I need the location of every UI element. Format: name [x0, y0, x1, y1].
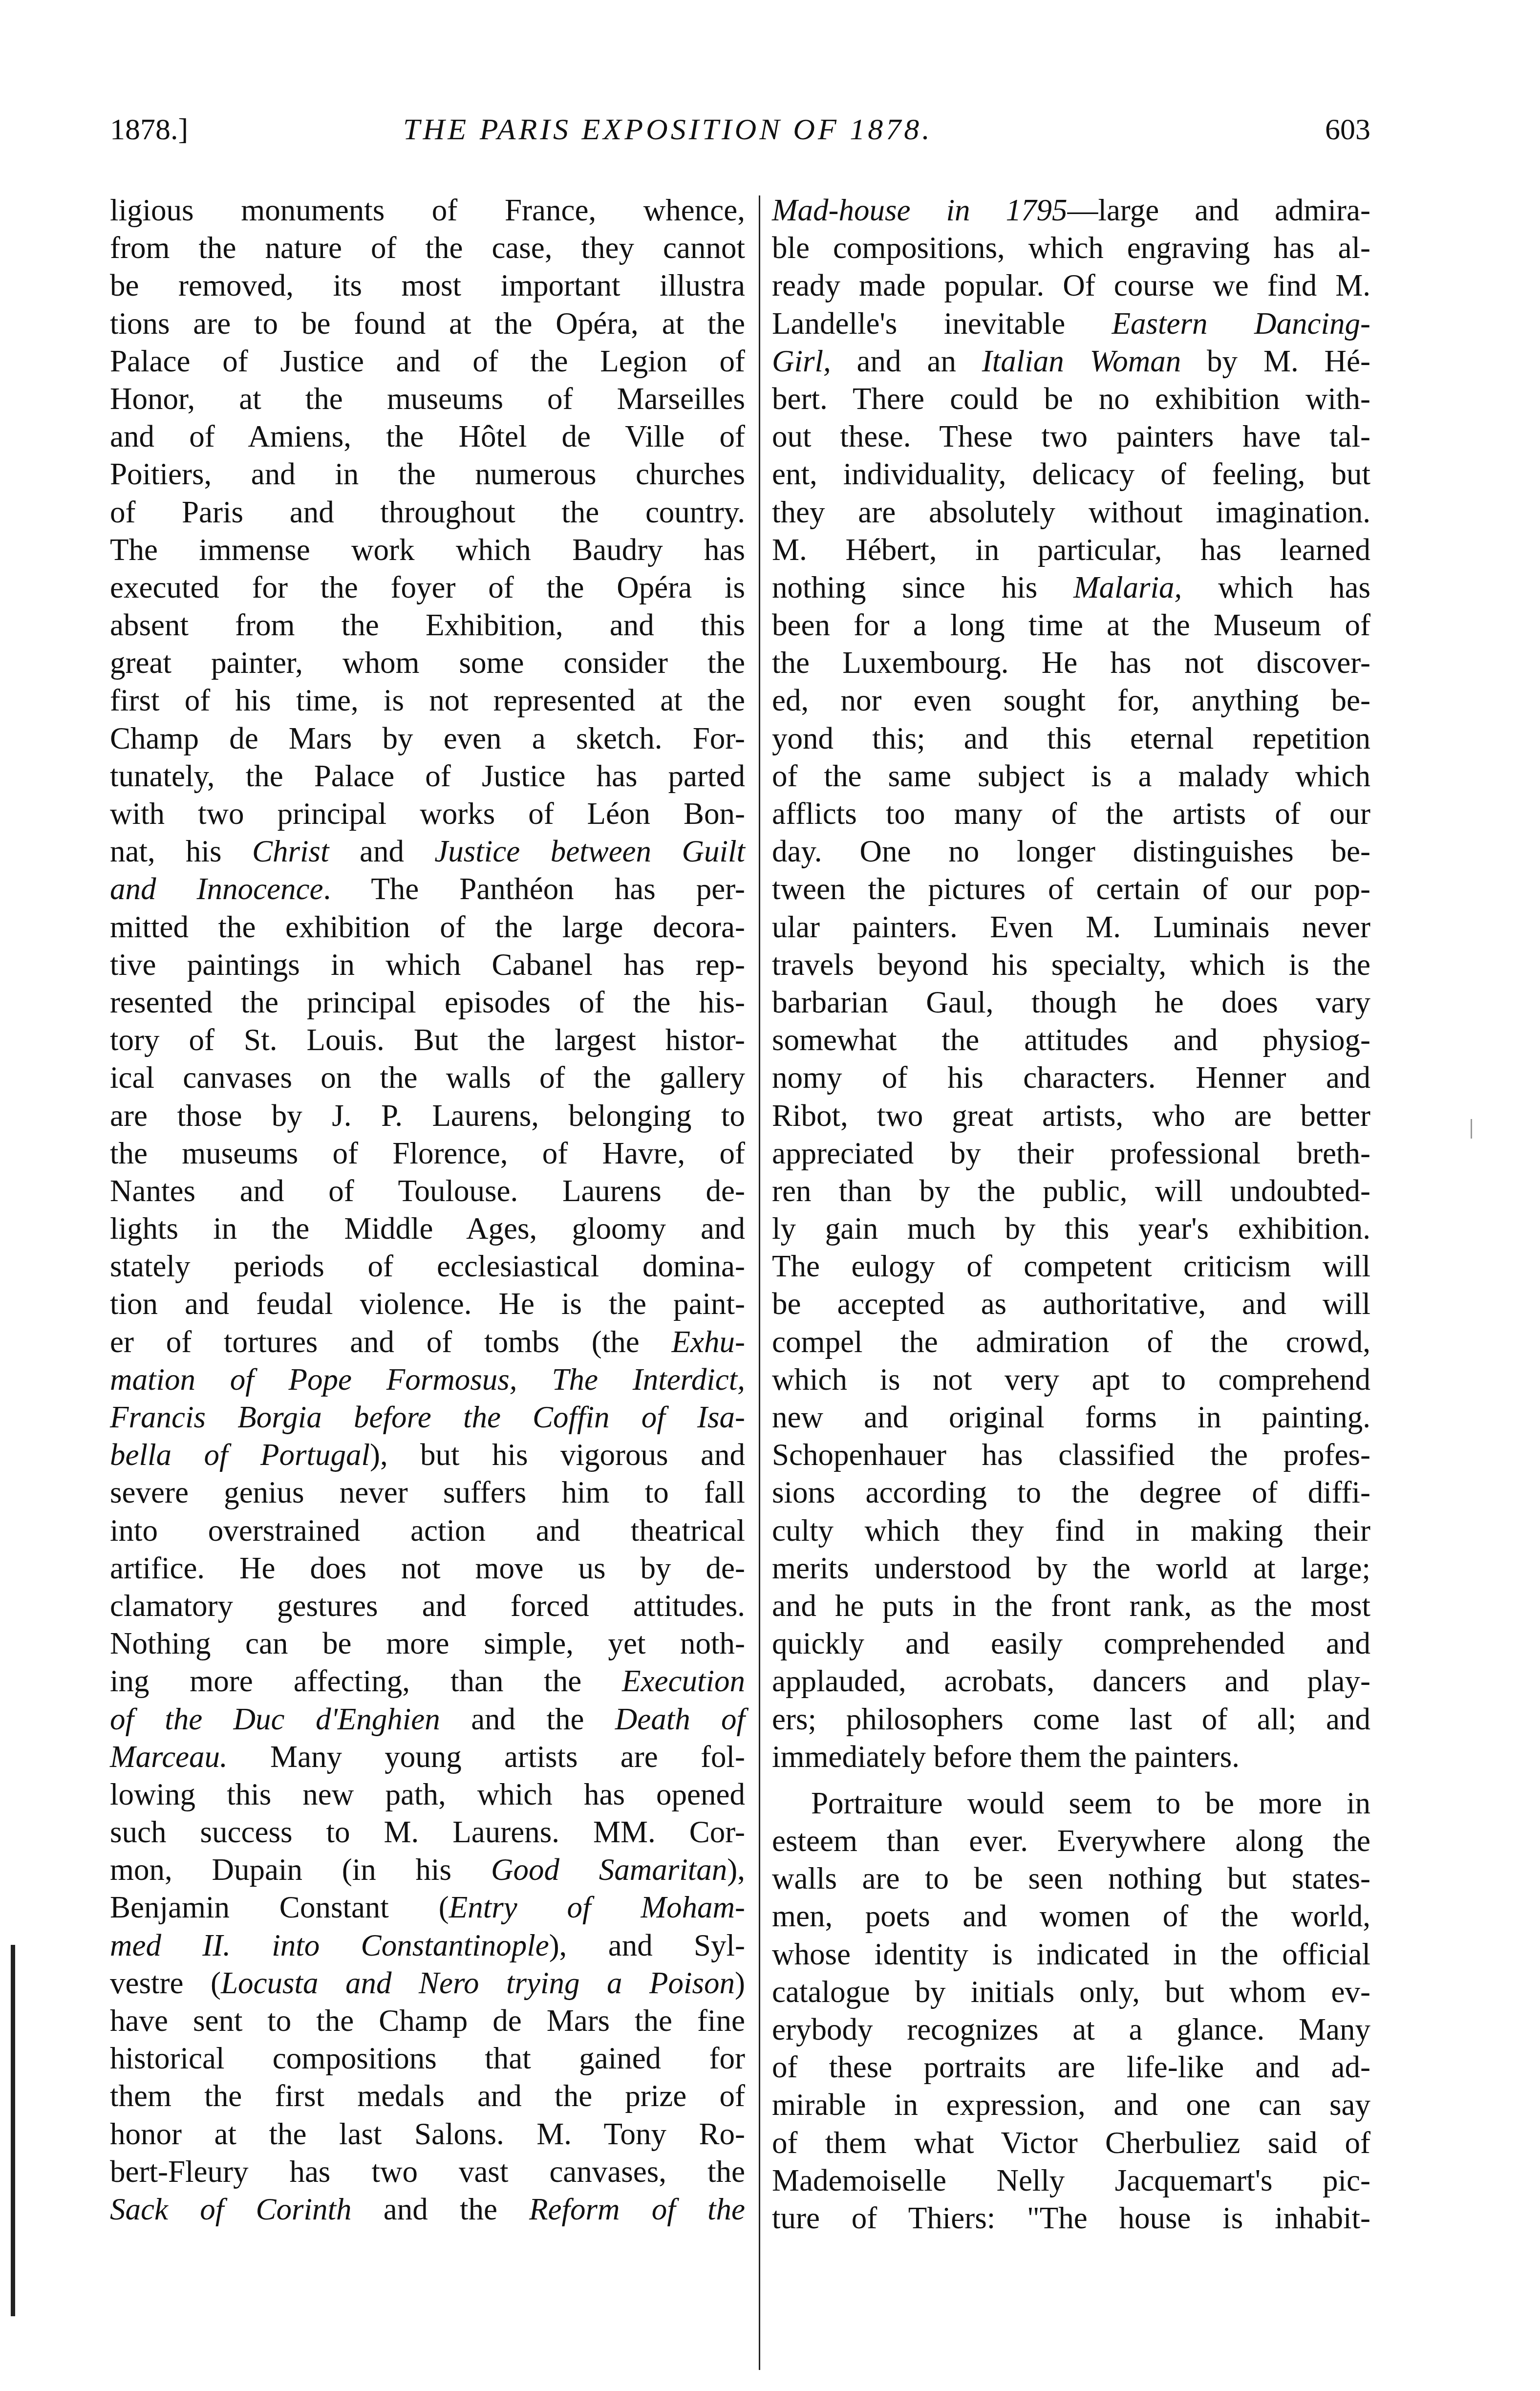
- text-line: bella of Portugal), but his vigorous and: [110, 1436, 745, 1474]
- text-line: ren than by the public, will undoubted-: [772, 1172, 1370, 1210]
- text-line: Sack of Corinth and the Reform of the: [110, 2191, 745, 2228]
- text-line: been for a long time at the Museum of: [772, 606, 1370, 644]
- text-line: historical compositions that gained for: [110, 2040, 745, 2077]
- text-line: such success to M. Laurens. MM. Cor-: [110, 1813, 745, 1851]
- header-title: THE PARIS EXPOSITION OF 1878.: [403, 112, 933, 147]
- text-line: be removed, its most important illustra: [110, 267, 745, 304]
- text-line: Palace of Justice and of the Legion of: [110, 343, 745, 380]
- text-line: sions according to the degree of diffi-: [772, 1474, 1370, 1511]
- text-line: appreciated by their professional breth-: [772, 1135, 1370, 1172]
- text-line: of the same subject is a malady which: [772, 757, 1370, 795]
- text-line: out these. These two painters have tal-: [772, 418, 1370, 455]
- text-line: new and original forms in painting.: [772, 1399, 1370, 1436]
- text-line: first of his time, is not represented at…: [110, 682, 745, 719]
- text-line: Schopenhauer has classified the profes-: [772, 1436, 1370, 1474]
- text-line: Mademoiselle Nelly Jacquemart's pic-: [772, 2162, 1370, 2199]
- text-line: culty which they find in making their: [772, 1512, 1370, 1550]
- text-line: and Innocence. The Panthéon has per-: [110, 870, 745, 908]
- text-line: compel the admiration of the crowd,: [772, 1323, 1370, 1361]
- text-line: Girl, and an Italian Woman by M. Hé-: [772, 343, 1370, 380]
- text-line: have sent to the Champ de Mars the fine: [110, 2002, 745, 2040]
- text-line: clamatory gestures and forced attitudes.: [110, 1587, 745, 1625]
- text-line: Marceau. Many young artists are fol-: [110, 1738, 745, 1776]
- margin-mark: [1471, 1119, 1472, 1139]
- text-line: of the Duc d'Enghien and the Death of: [110, 1701, 745, 1738]
- text-line: ers; philosophers come last of all; and: [772, 1701, 1370, 1738]
- text-line: Mad-house in 1795—large and admira-: [772, 192, 1370, 229]
- text-line: the museums of Florence, of Havre, of: [110, 1135, 745, 1172]
- text-line: ble compositions, which engraving has al…: [772, 229, 1370, 267]
- text-line: travels beyond his specialty, which is t…: [772, 946, 1370, 984]
- text-line: somewhat the attitudes and physiog-: [772, 1021, 1370, 1059]
- text-line: nomy of his characters. Henner and: [772, 1059, 1370, 1097]
- text-line: into overstrained action and theatrical: [110, 1512, 745, 1550]
- text-line: med II. into Constantinople), and Syl-: [110, 1927, 745, 1964]
- text-line: be accepted as authoritative, and will: [772, 1285, 1370, 1323]
- column-divider: [759, 195, 760, 2370]
- text-line: which is not very apt to comprehend: [772, 1361, 1370, 1399]
- text-line: erybody recognizes at a glance. Many: [772, 2011, 1370, 2048]
- text-line: Champ de Mars by even a sketch. For-: [110, 720, 745, 757]
- text-line: ical canvases on the walls of the galler…: [110, 1059, 745, 1097]
- right-column: Mad-house in 1795—large and admira-ble c…: [772, 192, 1370, 2237]
- text-line: tween the pictures of certain of our pop…: [772, 870, 1370, 908]
- text-line: Portraiture would seem to be more in: [772, 1785, 1370, 1822]
- text-line: lights in the Middle Ages, gloomy and: [110, 1210, 745, 1248]
- text-line: honor at the last Salons. M. Tony Ro-: [110, 2115, 745, 2153]
- text-line: stately periods of ecclesiastical domina…: [110, 1248, 745, 1285]
- text-line: nat, his Christ and Justice between Guil…: [110, 833, 745, 870]
- text-line: tive paintings in which Cabanel has rep-: [110, 946, 745, 984]
- text-line: severe genius never suffers him to fall: [110, 1474, 745, 1511]
- text-line: vestre (Locusta and Nero trying a Poison…: [110, 1964, 745, 2002]
- text-line: ing more affecting, than the Execution: [110, 1662, 745, 1700]
- text-line: day. One no longer distinguishes be-: [772, 833, 1370, 870]
- text-line: ular painters. Even M. Luminais never: [772, 908, 1370, 946]
- text-line: tory of St. Louis. But the largest histo…: [110, 1021, 745, 1059]
- text-line: them the first medals and the prize of: [110, 2077, 745, 2115]
- text-line: ed, nor even sought for, anything be-: [772, 682, 1370, 719]
- text-line: artifice. He does not move us by de-: [110, 1550, 745, 1587]
- text-line: resented the principal episodes of the h…: [110, 984, 745, 1021]
- text-line: Nantes and of Toulouse. Laurens de-: [110, 1172, 745, 1210]
- text-line: with two principal works of Léon Bon-: [110, 795, 745, 833]
- text-line: Poitiers, and in the numerous churches: [110, 455, 745, 493]
- text-line: barbarian Gaul, though he does vary: [772, 984, 1370, 1021]
- text-line: ready made popular. Of course we find M.: [772, 267, 1370, 304]
- text-line: great painter, whom some consider the: [110, 644, 745, 682]
- text-line: from the nature of the case, they cannot: [110, 229, 745, 267]
- paragraph-gap: [772, 1776, 1370, 1785]
- text-line: Ribot, two great artists, who are better: [772, 1097, 1370, 1135]
- running-header: 1878.] THE PARIS EXPOSITION OF 1878. 603: [110, 112, 1370, 156]
- text-line: tions are to be found at the Opéra, at t…: [110, 305, 745, 343]
- header-year: 1878.]: [110, 112, 188, 147]
- text-line: and he puts in the front rank, as the mo…: [772, 1587, 1370, 1625]
- text-line: and of Amiens, the Hôtel de Ville of: [110, 418, 745, 455]
- text-line: quickly and easily comprehended and: [772, 1625, 1370, 1662]
- text-line: esteem than ever. Everywhere along the: [772, 1822, 1370, 1860]
- text-line: bert. There could be no exhibition with-: [772, 380, 1370, 418]
- text-line: bert-Fleury has two vast canvases, the: [110, 2153, 745, 2191]
- text-line: Nothing can be more simple, yet noth-: [110, 1625, 745, 1662]
- text-line: tion and feudal violence. He is the pain…: [110, 1285, 745, 1323]
- text-line: men, poets and women of the world,: [772, 1897, 1370, 1935]
- text-line: of them what Victor Cherbuliez said of: [772, 2124, 1370, 2162]
- text-line: yond this; and this eternal repetition: [772, 720, 1370, 757]
- text-line: tunately, the Palace of Justice has part…: [110, 757, 745, 795]
- text-line: ligious monuments of France, whence,: [110, 192, 745, 229]
- text-line: the Luxembourg. He has not discover-: [772, 644, 1370, 682]
- text-line: ly gain much by this year's exhibition.: [772, 1210, 1370, 1248]
- text-line: mirable in expression, and one can say: [772, 2086, 1370, 2124]
- text-line: ture of Thiers: "The house is inhabit-: [772, 2199, 1370, 2237]
- text-line: walls are to be seen nothing but states-: [772, 1860, 1370, 1897]
- text-line: Landelle's inevitable Eastern Dancing-: [772, 305, 1370, 343]
- text-line: applauded, acrobats, dancers and play-: [772, 1662, 1370, 1700]
- text-line: mitted the exhibition of the large decor…: [110, 908, 745, 946]
- text-line: nothing since his Malaria, which has: [772, 569, 1370, 606]
- text-line: catalogue by initials only, but whom ev-: [772, 1973, 1370, 2011]
- page-number: 603: [1325, 112, 1370, 147]
- text-line: they are absolutely without imagination.: [772, 494, 1370, 531]
- text-line: afflicts too many of the artists of our: [772, 795, 1370, 833]
- text-line: mation of Pope Formosus, The Interdict,: [110, 1361, 745, 1399]
- text-line: Francis Borgia before the Coffin of Isa-: [110, 1399, 745, 1436]
- text-line: The eulogy of competent criticism will: [772, 1248, 1370, 1285]
- text-line: of these portraits are life-like and ad-: [772, 2048, 1370, 2086]
- text-line: immediately before them the painters.: [772, 1738, 1370, 1776]
- text-line: are those by J. P. Laurens, belonging to: [110, 1097, 745, 1135]
- text-line: executed for the foyer of the Opéra is: [110, 569, 745, 606]
- text-line: er of tortures and of tombs (the Exhu-: [110, 1323, 745, 1361]
- text-line: absent from the Exhibition, and this: [110, 606, 745, 644]
- text-line: merits understood by the world at large;: [772, 1550, 1370, 1587]
- text-line: whose identity is indicated in the offic…: [772, 1936, 1370, 1973]
- text-line: mon, Dupain (in his Good Samaritan),: [110, 1851, 745, 1889]
- text-line: The immense work which Baudry has: [110, 531, 745, 569]
- left-column: ligious monuments of France, whence,from…: [110, 192, 745, 2228]
- text-line: M. Hébert, in particular, has learned: [772, 531, 1370, 569]
- text-line: ent, individuality, delicacy of feeling,…: [772, 455, 1370, 493]
- text-line: of Paris and throughout the country.: [110, 494, 745, 531]
- scan-edge-mark: [11, 1945, 15, 2316]
- text-line: Honor, at the museums of Marseilles: [110, 380, 745, 418]
- text-line: lowing this new path, which has opened: [110, 1776, 745, 1813]
- text-line: Benjamin Constant (Entry of Moham-: [110, 1889, 745, 1926]
